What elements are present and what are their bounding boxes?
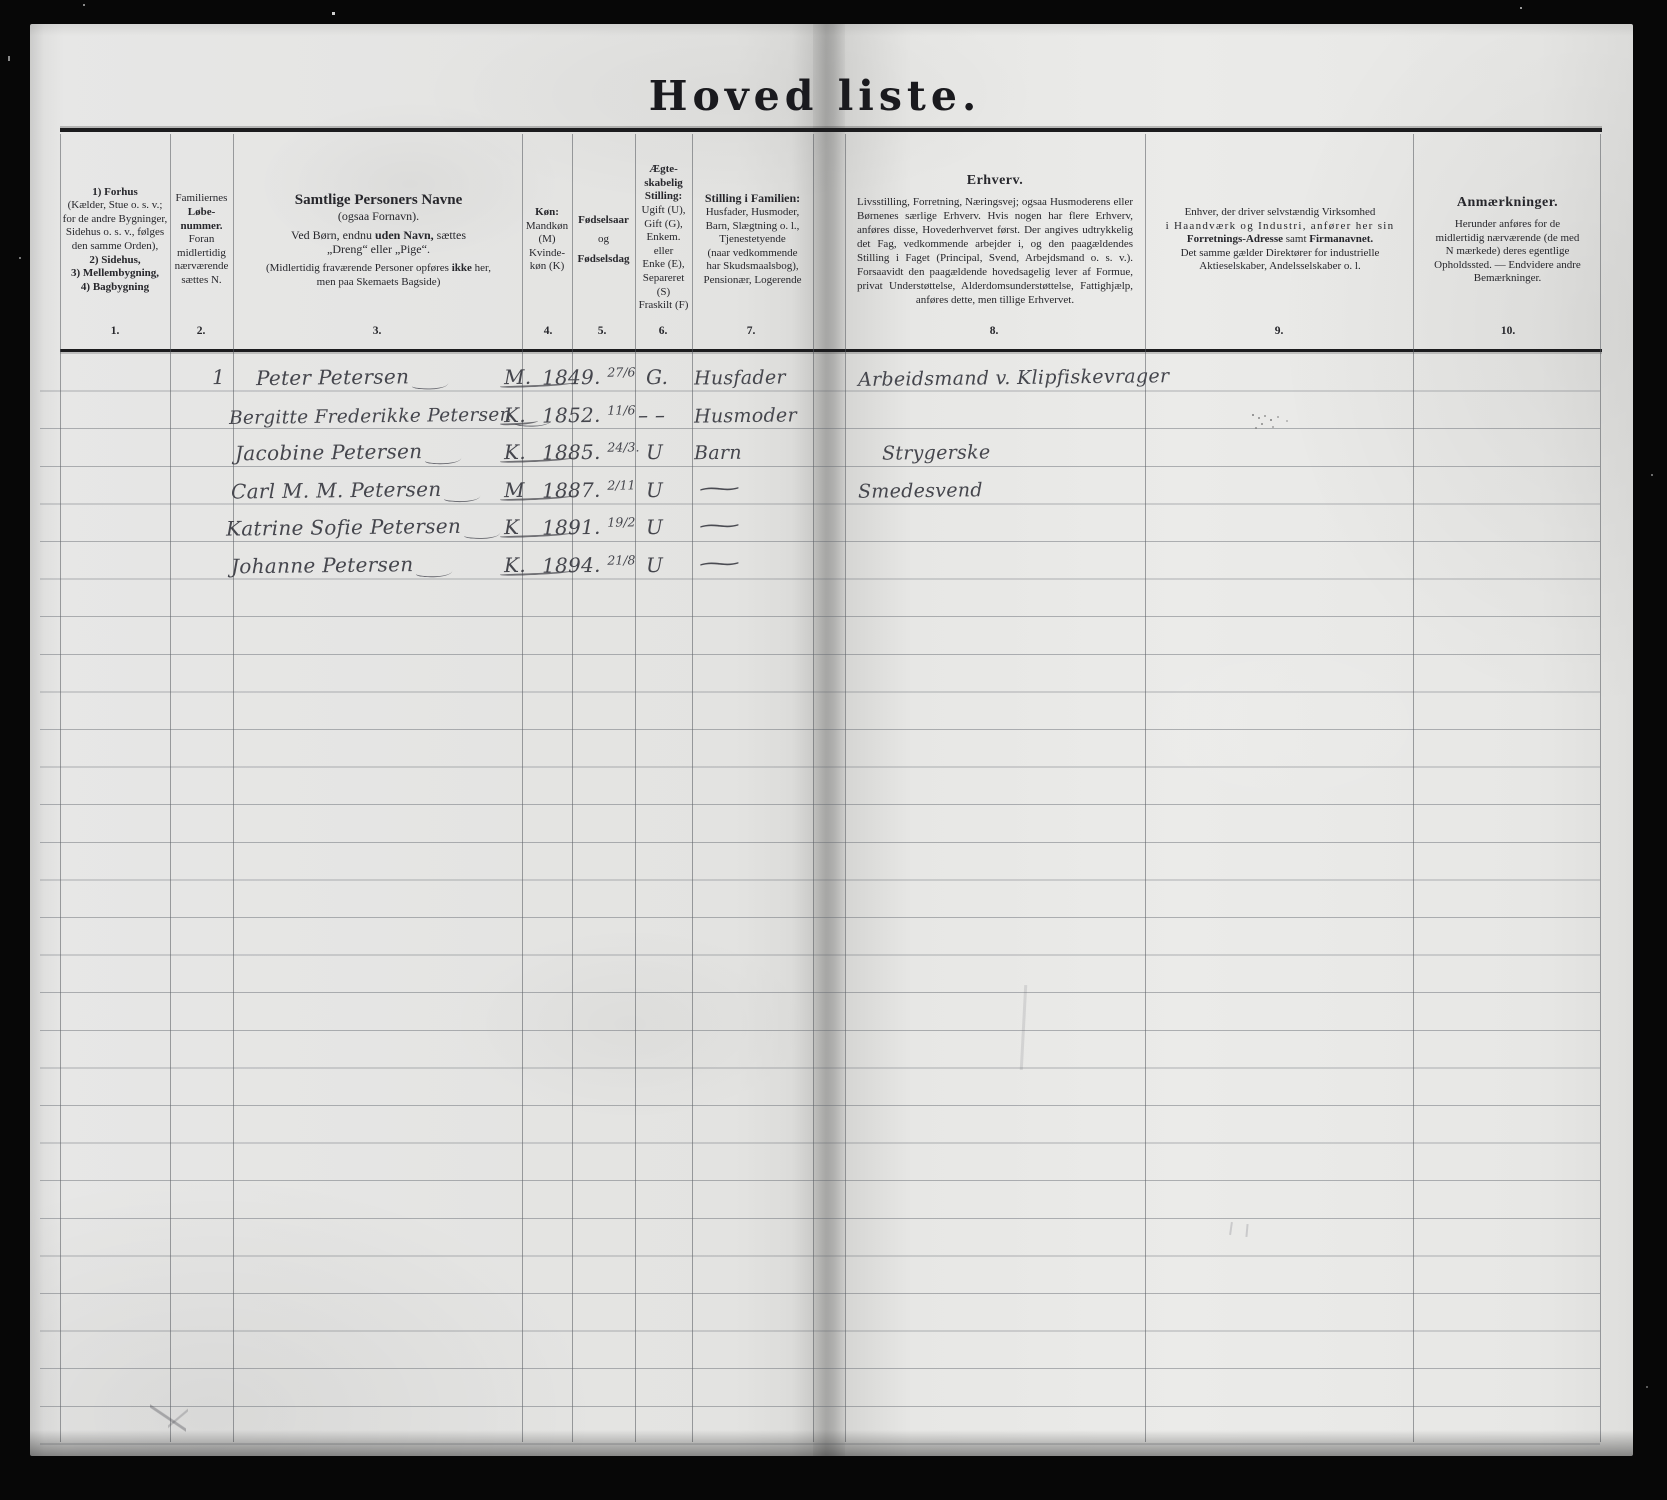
dust-speck	[1651, 474, 1653, 476]
person-name-value: Jacobine Petersen	[235, 439, 462, 466]
census-entry-row: Johanne Petersen K. 1894. 21/8 U ~	[0, 542, 1600, 579]
column-line	[692, 134, 693, 1442]
column-line	[233, 134, 234, 1442]
column-line	[1145, 134, 1146, 1442]
family-position-value: Barn	[694, 442, 742, 465]
column-number-1: 1.	[95, 325, 135, 337]
marital-status-value: U	[646, 478, 663, 502]
census-entry-row: Katrine Sofie Petersen K 1891. 19/2 U ~	[0, 504, 1600, 541]
marital-status-value: G.	[646, 365, 669, 389]
column-number-5: 5.	[582, 325, 622, 337]
column-number-4: 4.	[528, 325, 568, 337]
header-col-buildings: 1) Forhus (Kælder, Stue o. s. v.; for de…	[62, 140, 168, 340]
census-entry-row: Carl M. M. Petersen M 1887. 2/11 U ~ Sme…	[0, 467, 1600, 504]
census-entry-row: Jacobine Petersen K. 1885. 24/3. U Barn …	[0, 429, 1600, 466]
birthdate-value: 1894. 21/8	[542, 552, 636, 577]
birthdate-value: 1885. 24/3.	[542, 440, 640, 465]
occupation-value: Arbeidsmand v. Klipfiskevrager	[858, 365, 1170, 391]
person-name-value: Johanne Petersen	[231, 552, 453, 579]
dust-speck	[332, 12, 335, 15]
header-col-marital-status: Ægte- skabelig Stilling: Ugift (U), Gift…	[637, 134, 690, 342]
family-position-value: Husfader	[694, 366, 786, 389]
header-col-names: Samtlige Personers Navne (ogsaa Fornavn)…	[237, 140, 520, 340]
header-col-birthdate: Fødselsaar og Fødselsdag	[574, 140, 633, 340]
book-fold-gutter	[813, 24, 845, 1456]
column-line	[635, 134, 636, 1442]
occupation-value: Strygerske	[882, 442, 991, 465]
header-col-family-position: Stilling i Familien: Husfader, Husmoder,…	[694, 140, 811, 340]
header-col-sex: Køn: Mandkøn (M) Kvinde- køn (K)	[524, 140, 570, 340]
family-number-value: 1	[212, 365, 225, 389]
census-entry-row: 1 Peter Petersen M. 1849. 27/6 G. Husfad…	[0, 354, 1600, 391]
marital-status-value: U	[646, 440, 663, 464]
column-line	[522, 134, 523, 1442]
marital-status-value: U	[646, 553, 663, 577]
family-position-ditto: ~	[694, 517, 711, 539]
birthdate-value: 1891. 19/2	[542, 515, 636, 540]
column-number-9: 9.	[1259, 325, 1299, 337]
page-title: Hoved liste.	[620, 72, 1010, 120]
column-line	[845, 134, 846, 1442]
pencil-scribble-mark	[1252, 414, 1254, 416]
family-position-value: Husmoder	[694, 404, 797, 427]
dust-speck	[8, 56, 10, 61]
column-number-2: 2.	[181, 325, 221, 337]
dust-speck	[1520, 7, 1522, 9]
marital-status-value: U	[646, 515, 663, 539]
person-name-value: Katrine Sofie Petersen	[226, 514, 500, 541]
column-line	[572, 134, 573, 1442]
family-position-ditto: ~	[694, 480, 711, 502]
dust-speck	[83, 4, 85, 6]
birthdate-value: 1852. 11/6	[542, 402, 636, 427]
column-number-10: 10.	[1488, 325, 1528, 337]
census-entry-row: Bergitte Frederikke Petersen K. 1852. 11…	[0, 392, 1600, 429]
page-bottom-shadow	[30, 1430, 1633, 1456]
header-col-occupation: Erhverv. Livsstilling, Forretning, Nærin…	[857, 140, 1133, 340]
column-line	[1600, 134, 1601, 1442]
person-name-value: Peter Petersen	[256, 364, 448, 390]
column-number-8: 8.	[974, 325, 1014, 337]
column-line	[1413, 134, 1414, 1442]
family-position-ditto: ~	[694, 555, 711, 577]
dust-speck	[1646, 1386, 1648, 1388]
table-top-rule	[60, 128, 1602, 132]
column-line	[813, 134, 814, 1442]
dust-speck	[19, 257, 21, 259]
header-bottom-rule	[60, 349, 1602, 352]
column-number-6: 6.	[643, 325, 683, 337]
column-number-3: 3.	[357, 325, 397, 337]
birthdate-value: 1849. 27/6	[542, 364, 636, 389]
column-number-7: 7.	[731, 325, 771, 337]
header-col-business-address: Enhver, der driver selvstændig Virksomhe…	[1150, 140, 1410, 340]
column-line	[60, 134, 61, 1442]
header-col-remarks: Anmærkninger. Herunder anføres for de mi…	[1417, 140, 1598, 340]
header-col-family-number: Familiernes Løbe- nummer. Foran midlerti…	[172, 140, 231, 340]
scanned-census-page: Hoved liste. 1) Forhus (Kælder, Stue o. …	[0, 0, 1667, 1500]
column-line	[170, 134, 171, 1442]
occupation-value: Smedesvend	[858, 479, 983, 503]
marital-status-value: – –	[638, 402, 666, 426]
pencil-mark-bottom-left	[168, 1406, 188, 1430]
person-name-value: Carl M. M. Petersen	[231, 476, 481, 503]
